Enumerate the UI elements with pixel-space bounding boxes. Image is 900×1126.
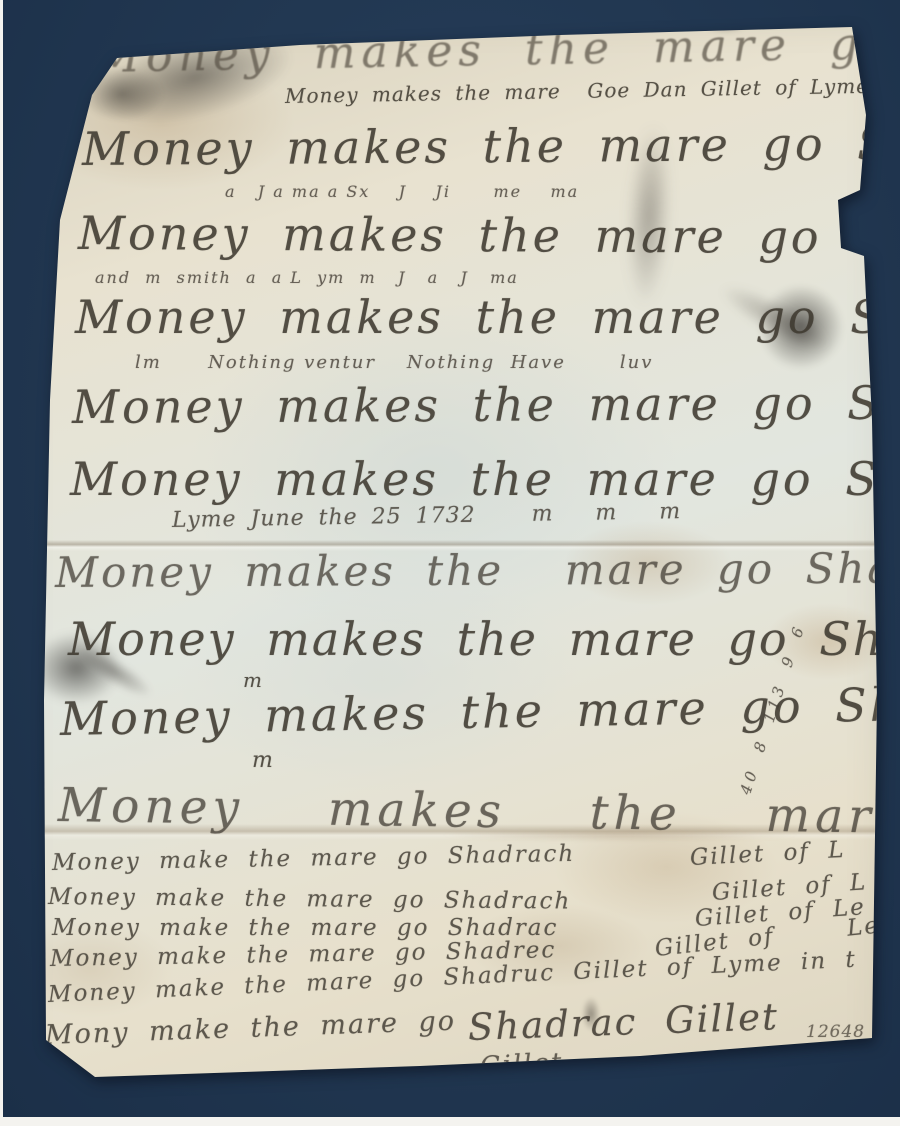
practice-line-5: Money makes the mare go Sha — [72, 375, 900, 434]
interlinear-m-lower: m — [252, 748, 273, 773]
bottom-line-3-left: Money make the mare go Shadrac — [52, 915, 558, 941]
bottom-line-2-left: Money make the mare go Shadrach — [48, 884, 571, 915]
bottom-line-1-left: Money make the mare go Shadrach — [52, 841, 576, 876]
paper-shadow-wrap: Money makes the mare go Money makes the … — [0, 0, 900, 1126]
practice-line-8: Money makes the mare go Sharber — [68, 612, 900, 666]
practice-line-7-faded: Money makes the mare go Shadr — [55, 543, 900, 597]
subscript-line-gillet-of-lyme: Money makes the mare Goe Dan Gillet of L… — [285, 74, 869, 108]
scribble-row-1: a J a ma a Sx J Ji me ma — [225, 182, 579, 201]
practice-line-6: Money makes the mare go Shao — [70, 452, 900, 506]
accession-number: 12648 — [806, 1022, 865, 1042]
practice-line-4: Money makes the mare go Sha — [75, 290, 900, 344]
practice-line-2: Money makes the mare go Sha — [82, 116, 900, 176]
photo-of-manuscript: Money makes the mare go Money makes the … — [0, 0, 900, 1126]
bottom-line-6-left: Mony make the mare go — [44, 1006, 456, 1051]
manuscript-paper: Money makes the mare go Money makes the … — [0, 0, 900, 1126]
signature-shadrac-gillet: Shadrac Gillet — [467, 995, 779, 1049]
practice-line-10-faint: Money makes the mare go Shd — [58, 778, 900, 849]
practice-line-1-faint: Money makes the mare go — [95, 18, 897, 83]
gillet-repeat-signature: Gillet — [479, 1048, 564, 1082]
practice-line-3: Money makes the mare go Sha — [78, 206, 900, 265]
scribble-row-2: and m smith a a L ym m J a J ma — [95, 268, 519, 287]
scribble-nothing-ventur: lm Nothing ventur Nothing Have luv — [135, 352, 653, 373]
